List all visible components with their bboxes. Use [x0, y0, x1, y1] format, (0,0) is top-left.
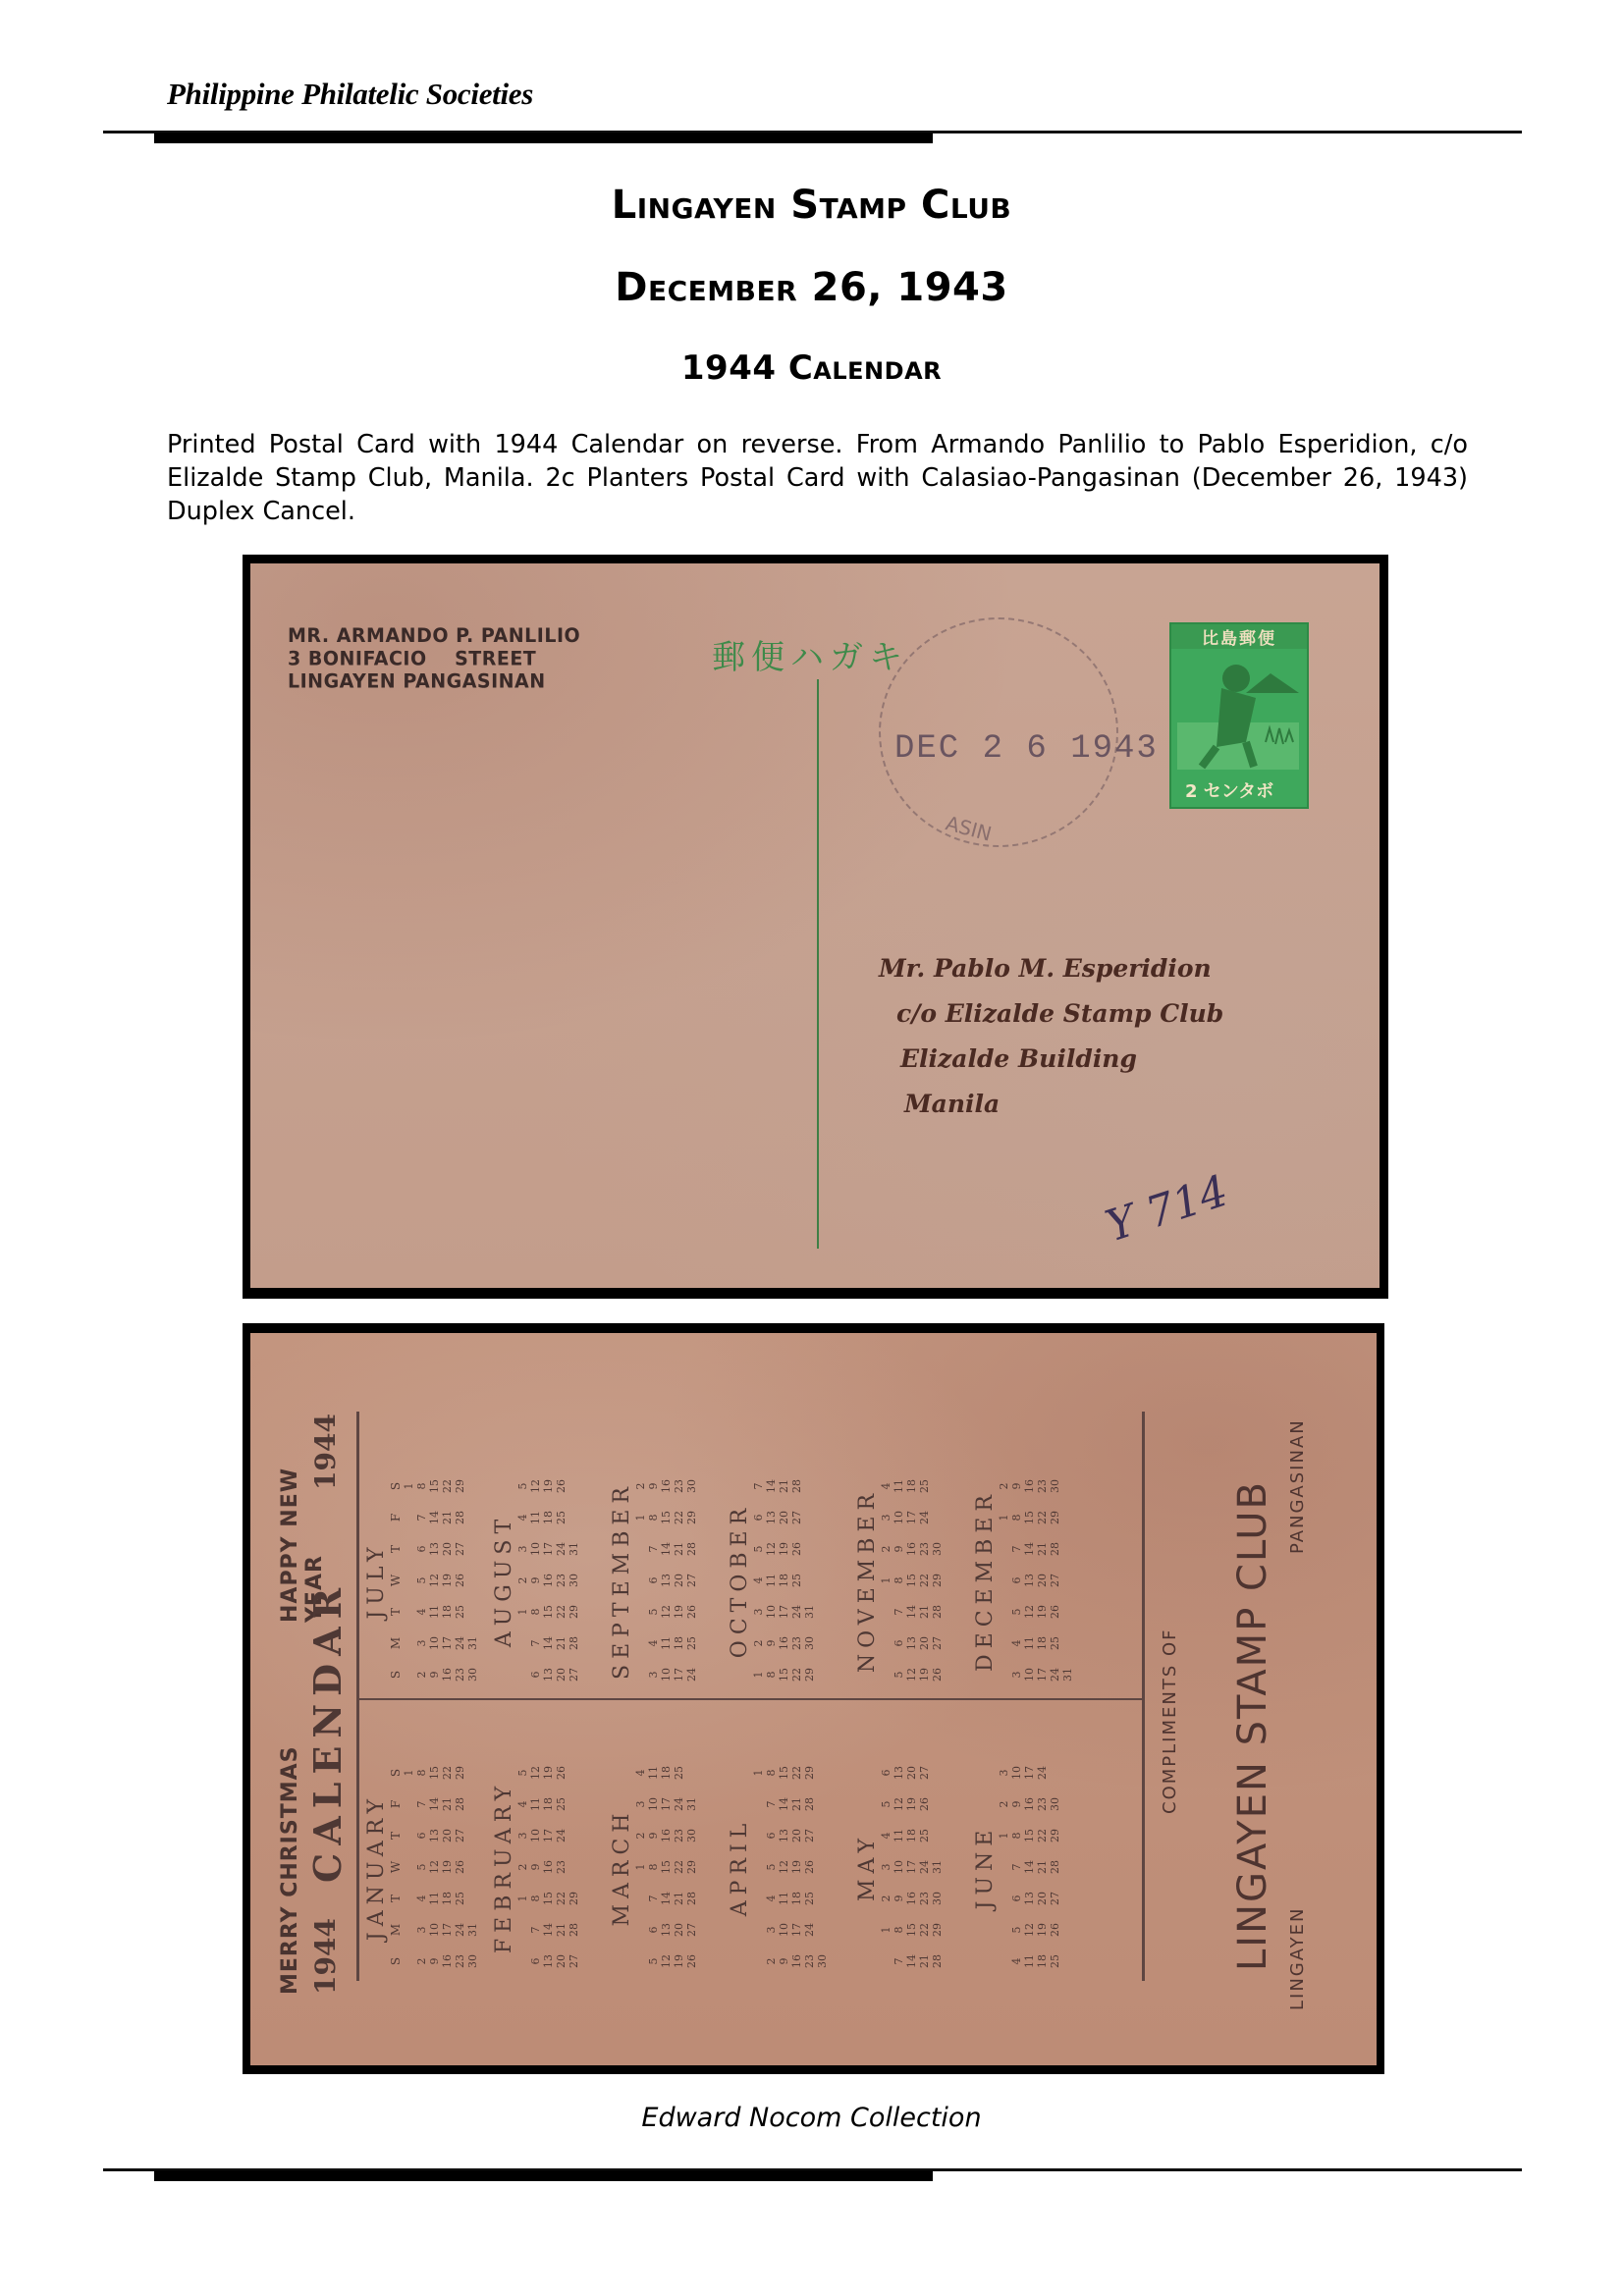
day-cell: 5 [752, 1533, 765, 1565]
day-cell: 27 [685, 1914, 698, 1946]
day-cell [466, 1596, 479, 1628]
day-cell: 19 [778, 1533, 790, 1565]
day-cell: 27 [803, 1820, 816, 1851]
day-cell: 20 [1036, 1883, 1049, 1914]
day-cell: 12 [428, 1851, 441, 1883]
day-cell: 15 [660, 1502, 673, 1533]
day-cell: 7 [765, 1789, 778, 1820]
day-cell: 23 [1036, 1470, 1049, 1502]
week-row: 123 [998, 1757, 1010, 1977]
day-cell: 26 [685, 1946, 698, 1977]
calendar-bottom-rule [1142, 1412, 1145, 1981]
week-row: 2627282930 [931, 1470, 944, 1690]
day-cell: 25 [918, 1820, 931, 1851]
day-cell: 10 [647, 1789, 660, 1820]
day-cell: 13 [542, 1659, 555, 1690]
day-cell: 24 [1036, 1757, 1049, 1789]
day-cell: 10 [529, 1820, 542, 1851]
week-row: 1234 [634, 1757, 647, 1977]
day-cell: 12 [660, 1946, 673, 1977]
day-cell: 27 [1049, 1565, 1061, 1596]
day-cell: 25 [454, 1883, 466, 1914]
month-september: SEPTEMBER 123456789101112131415161718192… [610, 1470, 698, 1690]
day-cell: 6 [880, 1757, 893, 1789]
page-title: Lingayen Stamp Club [0, 183, 1623, 228]
day-cell: 13 [1023, 1565, 1036, 1596]
day-cell: 11 [647, 1757, 660, 1789]
pencil-notation: Y 714 [1100, 1166, 1234, 1253]
day-cell: 8 [415, 1757, 428, 1789]
day-cell: 14 [428, 1789, 441, 1820]
day-cell: 19 [441, 1851, 454, 1883]
club-imprint: LINGAYEN STAMP CLUB LINGAYEN PANGASINAN [1201, 1402, 1348, 2010]
week-row: 22232425262728 [790, 1470, 803, 1690]
month-days: 1234567891011121314151617181920212223242… [998, 1470, 1074, 1690]
day-cell: 15 [542, 1596, 555, 1628]
day-cell: 17 [441, 1628, 454, 1659]
day-cell [403, 1565, 415, 1596]
day-cell [634, 1596, 647, 1628]
day-cell: 7 [752, 1470, 765, 1502]
day-cell: 10 [428, 1628, 441, 1659]
day-cell: 28 [685, 1533, 698, 1565]
day-cell [466, 1502, 479, 1533]
day-cell: 31 [803, 1596, 816, 1628]
day-cell: 5 [415, 1851, 428, 1883]
day-cell: 29 [568, 1596, 580, 1628]
day-cell: 11 [765, 1565, 778, 1596]
day-cell: 3 [516, 1820, 529, 1851]
day-cell: 30 [1049, 1470, 1061, 1502]
day-cell: 26 [685, 1596, 698, 1628]
day-cell [403, 1820, 415, 1851]
day-cell: 8 [529, 1596, 542, 1628]
week-row: 9101112131415 [428, 1757, 441, 1977]
sender-line: 3 BONIFACIO STREET [288, 647, 580, 669]
day-cell: 3 [880, 1502, 893, 1533]
day-cell: 2 [998, 1470, 1010, 1502]
day-cell: 18 [905, 1470, 918, 1502]
day-cell: 2 [516, 1565, 529, 1596]
month-name: NOVEMBER [855, 1470, 880, 1690]
day-cell [998, 1659, 1010, 1690]
day-cell: 12 [428, 1565, 441, 1596]
month-days: 1234567891011121314151617181920212223242… [880, 1470, 944, 1690]
day-cell: 21 [790, 1789, 803, 1820]
day-cell: 24 [1049, 1659, 1061, 1690]
week-row: 12345 [516, 1757, 529, 1977]
day-cell: 24 [555, 1533, 568, 1565]
day-cell: 17 [1036, 1659, 1049, 1690]
calendar-1944: MERRY CHRISTMAS HAPPY NEW YEAR 1944 CALE… [280, 1392, 1163, 2001]
day-cell: 7 [415, 1502, 428, 1533]
day-cell: 19 [673, 1946, 685, 1977]
day-cell: 10 [778, 1914, 790, 1946]
day-cell: 10 [893, 1502, 905, 1533]
day-cell: 16 [905, 1883, 918, 1914]
week-row: 1 [403, 1757, 415, 1977]
recipient-address: Mr. Pablo M. Esperidion c/o Elizalde Sta… [879, 946, 1223, 1127]
month-february: FEBRUARY 1234567891011121314151617181920… [492, 1757, 580, 1977]
week-row: 891011121314 [765, 1470, 778, 1690]
day-cell: 29 [931, 1914, 944, 1946]
day-cell: 11 [660, 1628, 673, 1659]
day-cell: 5 [647, 1596, 660, 1628]
day-cell: 2 [634, 1820, 647, 1851]
week-row: 21222324252627 [918, 1757, 931, 1977]
day-cell: 10 [529, 1533, 542, 1565]
day-cell: 13 [660, 1565, 673, 1596]
day-cell: 26 [454, 1851, 466, 1883]
day-cell [931, 1820, 944, 1851]
day-cell: 22 [555, 1883, 568, 1914]
day-cell: 7 [893, 1946, 905, 1977]
day-cell: 21 [918, 1946, 931, 1977]
day-cell: 14 [905, 1596, 918, 1628]
day-cell: 29 [931, 1565, 944, 1596]
day-cell: 31 [931, 1851, 944, 1883]
day-cell: 8 [893, 1914, 905, 1946]
day-cell: 23 [918, 1883, 931, 1914]
day-cell: 14 [428, 1502, 441, 1533]
club-imprint-province: PANGASINAN [1287, 1418, 1308, 1554]
week-row: 12 [634, 1470, 647, 1690]
day-cell: 9 [893, 1883, 905, 1914]
imprinted-stamp: 比島郵便 2 センタボ [1169, 622, 1309, 809]
day-cell [931, 1502, 944, 1533]
day-cell: 6 [529, 1659, 542, 1690]
day-cell: 13 [542, 1946, 555, 1977]
day-cell [998, 1628, 1010, 1659]
day-cell: 22 [1036, 1820, 1049, 1851]
day-cell: 6 [529, 1946, 542, 1977]
day-cell: 22 [441, 1470, 454, 1502]
day-cell: 8 [415, 1470, 428, 1502]
day-cell [403, 1533, 415, 1565]
month-name: FEBRUARY [492, 1757, 516, 1977]
day-cell: 1 [516, 1883, 529, 1914]
day-cell: 20 [441, 1820, 454, 1851]
month-days: 1234567891011121314151617181920212223242… [752, 1757, 829, 1977]
month-days: 1234567891011121314151617181920212223242… [998, 1757, 1061, 1977]
day-cell: 13 [905, 1628, 918, 1659]
day-cell: 17 [905, 1502, 918, 1533]
day-cell: 4 [765, 1883, 778, 1914]
day-cell: 5 [516, 1757, 529, 1789]
day-cell: 18 [790, 1883, 803, 1914]
collection-credit: Edward Nocom Collection [0, 2103, 1623, 2133]
day-cell: 28 [454, 1502, 466, 1533]
day-cell [1061, 1533, 1074, 1565]
day-cell: 30 [1049, 1789, 1061, 1820]
day-cell: 10 [1023, 1659, 1036, 1690]
page-subtitle: 1944 Calendar [0, 348, 1623, 388]
day-cell: 16 [542, 1851, 555, 1883]
day-cell: 19 [441, 1565, 454, 1596]
month-days: 1234567891011121314151617181920212223242… [403, 1757, 479, 1977]
day-cell [816, 1851, 829, 1883]
day-cell: 19 [1036, 1596, 1049, 1628]
day-cell: 9 [765, 1628, 778, 1659]
week-row: 24252627282930 [1049, 1470, 1061, 1690]
day-cell: 1 [998, 1502, 1010, 1533]
day-cell [816, 1914, 829, 1946]
month-name: MAY [855, 1757, 880, 1977]
day-cell [634, 1883, 647, 1914]
day-cell: 18 [441, 1883, 454, 1914]
day-cell: 3 [415, 1914, 428, 1946]
day-cell [880, 1946, 893, 1977]
day-cell: 9 [529, 1851, 542, 1883]
day-cell: 30 [568, 1565, 580, 1596]
stamp-inscription: 比島郵便 [1171, 624, 1307, 649]
day-cell: 12 [1023, 1596, 1036, 1628]
day-cell: 22 [790, 1659, 803, 1690]
day-cell: 14 [778, 1789, 790, 1820]
week-row: 10111213141516 [1023, 1470, 1036, 1690]
day-cell: 11 [893, 1820, 905, 1851]
calendar-year-right: 1944 [309, 1414, 342, 1490]
month-days: 1234567891011121314151617181920212223242… [403, 1470, 479, 1690]
day-cell: 2 [765, 1946, 778, 1977]
day-cell: 21 [555, 1914, 568, 1946]
day-cell: 4 [415, 1883, 428, 1914]
day-cell: 14 [660, 1533, 673, 1565]
week-row: 12345 [516, 1470, 529, 1690]
weekday-header: SMTWTFS [389, 1757, 403, 1977]
week-row: 31 [1061, 1470, 1074, 1690]
day-cell: 3 [765, 1914, 778, 1946]
day-cell: 8 [893, 1565, 905, 1596]
day-cell: 9 [647, 1820, 660, 1851]
month-august: AUGUST 123456789101112131415161718192021… [492, 1470, 580, 1690]
calendar-heading: CALENDAR [305, 1580, 350, 1883]
month-days: 1234567891011121314151617181920212223242… [634, 1470, 698, 1690]
day-cell: 20 [918, 1628, 931, 1659]
postal-card-back: MERRY CHRISTMAS HAPPY NEW YEAR 1944 CALE… [250, 1333, 1377, 2065]
day-cell: 15 [905, 1565, 918, 1596]
day-cell [816, 1883, 829, 1914]
day-cell: 22 [673, 1851, 685, 1883]
day-cell: 9 [428, 1946, 441, 1977]
week-row: 10111213141516 [660, 1470, 673, 1690]
month-name: SEPTEMBER [610, 1470, 634, 1690]
day-cell: 27 [931, 1628, 944, 1659]
day-cell: 3 [1010, 1659, 1023, 1690]
day-cell [998, 1946, 1010, 1977]
day-cell: 21 [673, 1533, 685, 1565]
day-cell: 18 [441, 1596, 454, 1628]
day-cell [634, 1914, 647, 1946]
day-cell: 25 [555, 1502, 568, 1533]
day-cell: 12 [778, 1851, 790, 1883]
month-name: JANUARY [364, 1757, 389, 1977]
day-cell: 17 [778, 1596, 790, 1628]
day-cell [403, 1502, 415, 1533]
running-header-title: Philippine Philatelic Societies [167, 77, 533, 112]
day-cell: 7 [1010, 1851, 1023, 1883]
day-cell: 6 [765, 1820, 778, 1851]
day-cell: 14 [542, 1914, 555, 1946]
day-cell [466, 1565, 479, 1596]
day-cell: 21 [555, 1628, 568, 1659]
day-cell: 30 [685, 1470, 698, 1502]
day-cell: 11 [1023, 1946, 1036, 1977]
week-row: 1234567 [752, 1470, 765, 1690]
week-row: 262728293031 [685, 1757, 698, 1977]
day-cell: 6 [415, 1820, 428, 1851]
day-cell: 8 [765, 1659, 778, 1690]
day-cell: 26 [555, 1470, 568, 1502]
club-imprint-name: LINGAYEN STAMP CLUB [1230, 1480, 1275, 1971]
day-cell [516, 1659, 529, 1690]
day-cell: 22 [441, 1757, 454, 1789]
day-cell: 5 [1010, 1914, 1023, 1946]
day-cell [752, 1946, 765, 1977]
recipient-line: Elizalde Building [879, 1037, 1223, 1082]
day-cell: 14 [660, 1883, 673, 1914]
day-cell: 24 [918, 1502, 931, 1533]
planter-figure-icon [1177, 654, 1299, 770]
day-cell [803, 1533, 816, 1565]
postal-card-back-image: MERRY CHRISTMAS HAPPY NEW YEAR 1944 CALE… [243, 1323, 1384, 2074]
day-cell: 13 [778, 1820, 790, 1851]
day-cell: 24 [454, 1628, 466, 1659]
month-may: MAY 123456789101112131415161718192021222… [855, 1757, 944, 1977]
day-cell: 1 [880, 1565, 893, 1596]
day-cell: 16 [660, 1820, 673, 1851]
day-cell: 13 [1023, 1883, 1036, 1914]
day-cell: 11 [778, 1883, 790, 1914]
day-cell: 30 [931, 1883, 944, 1914]
day-cell: 16 [1023, 1470, 1036, 1502]
address-divider-line [817, 679, 819, 1249]
day-cell [466, 1883, 479, 1914]
day-cell: 2 [415, 1659, 428, 1690]
week-row: 19202122232425 [673, 1757, 685, 1977]
day-cell [568, 1757, 580, 1789]
day-cell: 1 [752, 1659, 765, 1690]
recipient-line: Manila [879, 1082, 1223, 1127]
week-row: 15161718192021 [778, 1470, 790, 1690]
day-cell: 20 [790, 1820, 803, 1851]
day-cell [752, 1851, 765, 1883]
month-june: JUNE 12345678910111213141516171819202122… [973, 1757, 1061, 1977]
footer-bar [154, 2170, 933, 2181]
day-cell: 23 [454, 1946, 466, 1977]
day-cell: 4 [880, 1470, 893, 1502]
postmark-date: DEC 2 6 1943 [894, 730, 1159, 768]
day-cell: 26 [1049, 1596, 1061, 1628]
day-cell: 27 [918, 1757, 931, 1789]
week-row: 2345678 [415, 1470, 428, 1690]
day-cell: 27 [454, 1820, 466, 1851]
day-cell [1061, 1502, 1074, 1533]
day-cell: 28 [1049, 1533, 1061, 1565]
day-cell: 10 [893, 1851, 905, 1883]
day-cell [1061, 1596, 1074, 1628]
day-cell [880, 1659, 893, 1690]
day-cell [403, 1914, 415, 1946]
day-cell [466, 1470, 479, 1502]
day-cell [816, 1820, 829, 1851]
day-cell: 19 [905, 1789, 918, 1820]
week-row: 30 [816, 1757, 829, 1977]
day-cell [516, 1914, 529, 1946]
day-cell [1061, 1565, 1074, 1596]
day-cell: 11 [428, 1883, 441, 1914]
day-cell: 3 [647, 1659, 660, 1690]
day-cell: 28 [568, 1914, 580, 1946]
day-cell: 21 [1036, 1533, 1049, 1565]
week-row: 23242526272829 [803, 1757, 816, 1977]
week-row: 17181920212223 [673, 1470, 685, 1690]
day-cell: 5 [893, 1659, 905, 1690]
day-cell: 6 [647, 1914, 660, 1946]
day-cell [466, 1533, 479, 1565]
day-cell: 4 [880, 1820, 893, 1851]
day-cell: 31 [466, 1628, 479, 1659]
week-row: 45678910 [1010, 1757, 1023, 1977]
postal-card-front: MR. ARMANDO P. PANLILIO 3 BONIFACIO STRE… [250, 563, 1380, 1288]
stamp-denomination: 2 センタボ [1185, 777, 1273, 803]
day-cell: 6 [1010, 1565, 1023, 1596]
day-cell: 12 [765, 1533, 778, 1565]
day-cell: 9 [647, 1470, 660, 1502]
recipient-line: Mr. Pablo M. Esperidion [879, 946, 1223, 991]
month-name: MARCH [610, 1757, 634, 1977]
day-cell: 6 [647, 1565, 660, 1596]
day-cell: 9 [778, 1946, 790, 1977]
month-days: 1234567891011121314151617181920212223242… [752, 1470, 816, 1690]
day-cell: 28 [454, 1789, 466, 1820]
day-cell: 24 [454, 1914, 466, 1946]
day-cell: 29 [454, 1757, 466, 1789]
day-cell: 27 [1049, 1883, 1061, 1914]
day-cell: 24 [803, 1914, 816, 1946]
day-cell [403, 1596, 415, 1628]
day-cell: 26 [803, 1851, 816, 1883]
day-cell [568, 1820, 580, 1851]
month-december: DECEMBER 1234567891011121314151617181920… [973, 1470, 1074, 1690]
postal-card-front-image: MR. ARMANDO P. PANLILIO 3 BONIFACIO STRE… [243, 555, 1388, 1299]
week-row: 13141516171819 [542, 1757, 555, 1977]
week-row: 78910111213 [893, 1757, 905, 1977]
day-cell: 16 [542, 1565, 555, 1596]
day-cell: 30 [816, 1946, 829, 1977]
day-cell: 15 [428, 1757, 441, 1789]
day-cell [568, 1851, 580, 1883]
day-cell: 7 [1010, 1533, 1023, 1565]
week-row: 2345678 [765, 1757, 778, 1977]
month-name: APRIL [728, 1757, 752, 1977]
day-cell: 3 [998, 1757, 1010, 1789]
day-cell: 11 [529, 1502, 542, 1533]
week-row: 17181920212223 [1036, 1470, 1049, 1690]
day-cell: 27 [568, 1659, 580, 1690]
week-row: 12131415161718 [905, 1470, 918, 1690]
week-row: 2345678 [415, 1757, 428, 1977]
day-cell: 17 [542, 1533, 555, 1565]
day-cell: 3 [634, 1789, 647, 1820]
day-cell [752, 1914, 765, 1946]
day-cell: 19 [673, 1596, 685, 1628]
day-cell: 21 [673, 1883, 685, 1914]
day-cell: 5 [1010, 1596, 1023, 1628]
day-cell: 21 [441, 1789, 454, 1820]
day-cell [516, 1628, 529, 1659]
day-cell: 12 [905, 1659, 918, 1690]
